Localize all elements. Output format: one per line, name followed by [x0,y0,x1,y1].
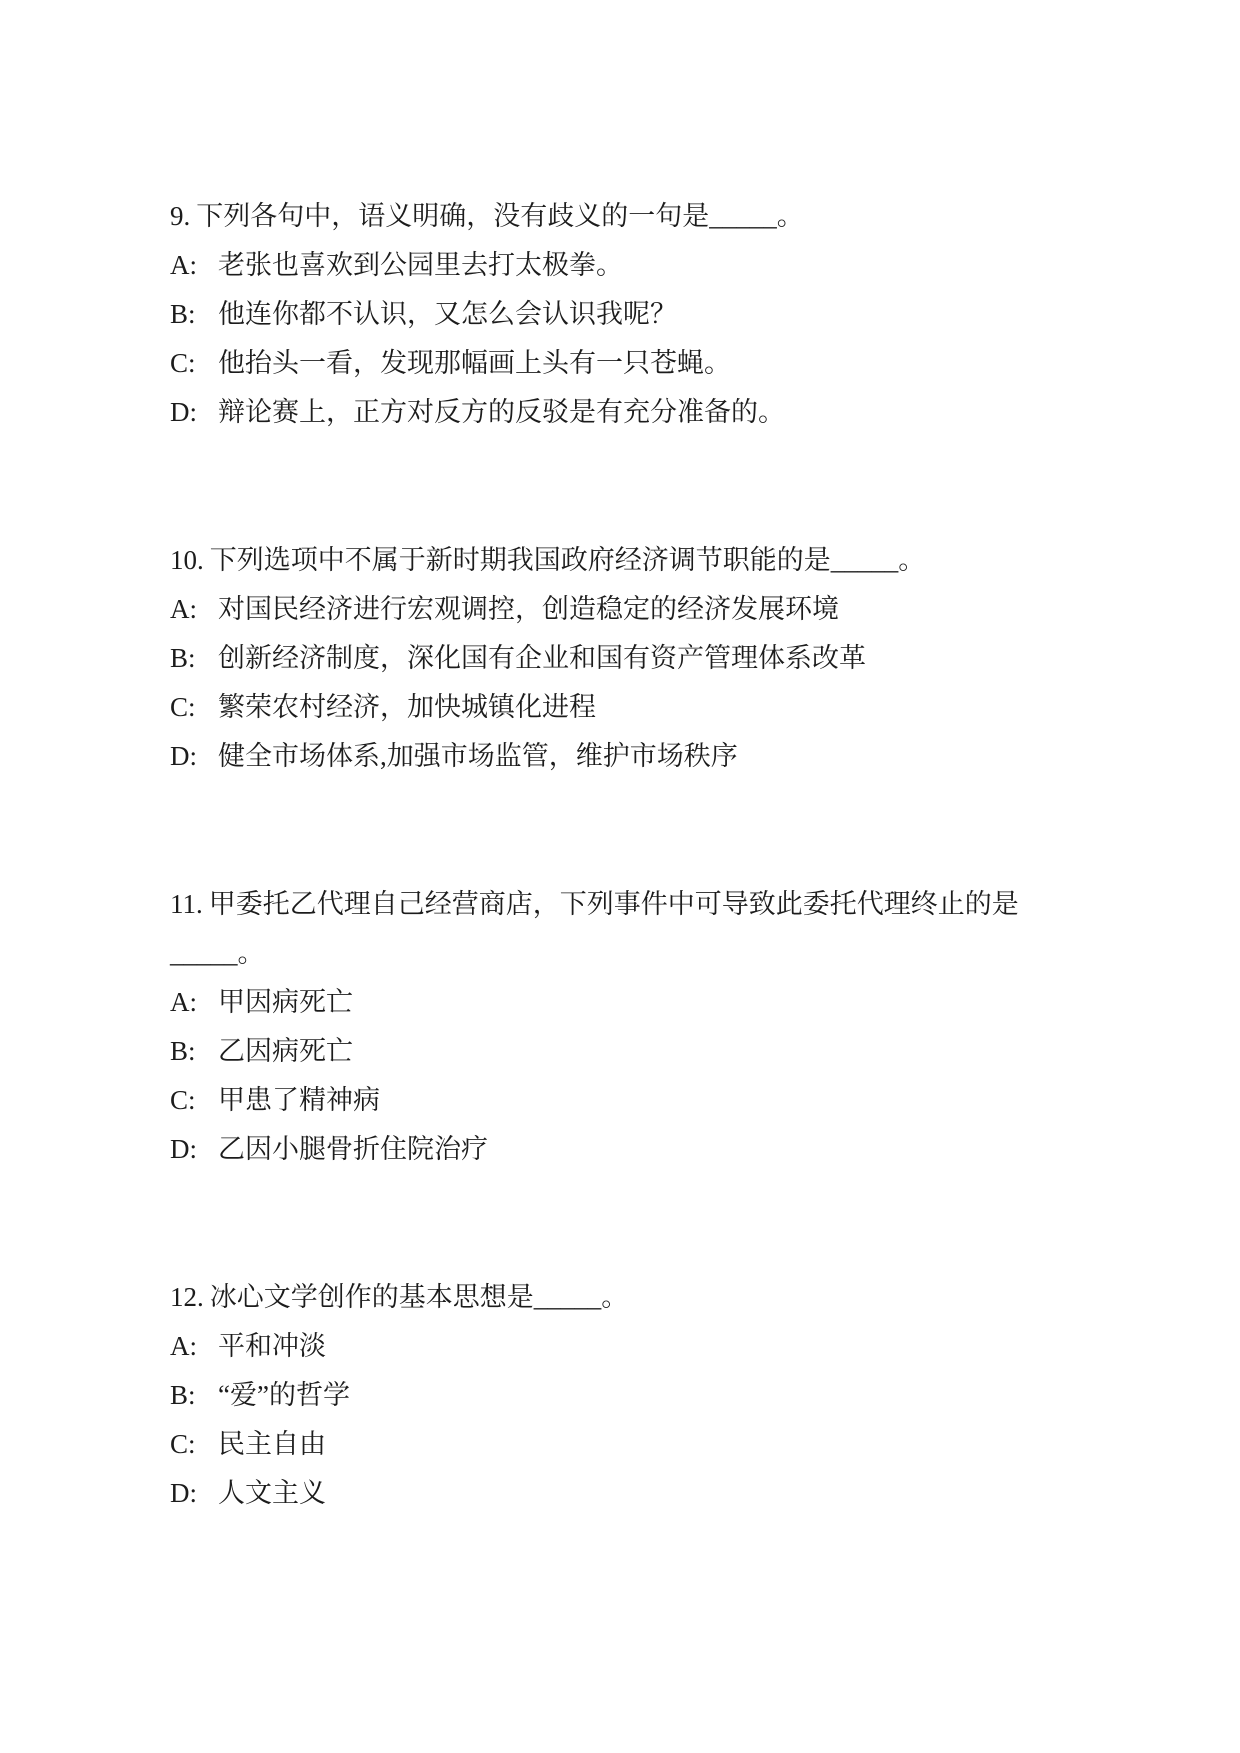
option-text: 他抬头一看，发现那幅画上头有一只苍蝇。 [218,339,1100,388]
option-label: B: [170,1371,218,1420]
option-text: 人文主义 [218,1469,1100,1518]
option-text: 老张也喜欢到公园里去打太极拳。 [218,241,1100,290]
option-text: 健全市场体系,加强市场监管，维护市场秩序 [218,732,1100,781]
option-c: C: 繁荣农村经济，加快城镇化进程 [170,683,1100,732]
option-label: D: [170,388,218,437]
option-b: B: 乙因病死亡 [170,1027,1100,1076]
question-stem: 11.甲委托乙代理自己经营商店，下列事件中可导致此委托代理终止的是 [170,880,1100,929]
option-c: C: 甲患了精神病 [170,1076,1100,1125]
option-label: D: [170,1469,218,1518]
option-text: 乙因病死亡 [218,1027,1100,1076]
option-text: 辩论赛上，正方对反方的反驳是有充分准备的。 [218,388,1100,437]
option-label: C: [170,1076,218,1125]
question-number: 12. [170,1282,204,1312]
option-a: A: 老张也喜欢到公园里去打太极拳。 [170,241,1100,290]
option-text: “爱”的哲学 [218,1371,1100,1420]
option-text: 他连你都不认识，又怎么会认识我呢？ [218,290,1100,339]
option-label: B: [170,634,218,683]
option-b: B: “爱”的哲学 [170,1371,1100,1420]
question-stem-text: 甲委托乙代理自己经营商店，下列事件中可导致此委托代理终止的是 [209,889,1019,919]
question-stem-text: 冰心文学创作的基本思想是_____。 [210,1282,629,1312]
question-stem-text: _____。 [170,938,265,968]
option-label: A: [170,978,218,1027]
option-d: D: 乙因小腿骨折住院治疗 [170,1125,1100,1174]
option-label: A: [170,585,218,634]
option-c: C: 民主自由 [170,1420,1100,1469]
option-text: 甲因病死亡 [218,978,1100,1027]
option-label: D: [170,732,218,781]
option-d: D: 辩论赛上，正方对反方的反驳是有充分准备的。 [170,388,1100,437]
option-label: C: [170,683,218,732]
question-10: 10.下列选项中不属于新时期我国政府经济调节职能的是_____。 A: 对国民经… [170,536,1100,781]
option-text: 民主自由 [218,1420,1100,1469]
option-label: A: [170,241,218,290]
option-label: D: [170,1125,218,1174]
option-text: 创新经济制度，深化国有企业和国有资产管理体系改革 [218,634,1100,683]
question-stem: 10.下列选项中不属于新时期我国政府经济调节职能的是_____。 [170,536,1100,585]
question-stem-text: 下列各句中，语义明确，没有歧义的一句是_____。 [196,201,804,231]
question-12: 12.冰心文学创作的基本思想是_____。 A: 平和冲淡 B: “爱”的哲学 … [170,1273,1100,1518]
question-number: 11. [170,889,203,919]
option-b: B: 他连你都不认识，又怎么会认识我呢？ [170,290,1100,339]
question-11: 11.甲委托乙代理自己经营商店，下列事件中可导致此委托代理终止的是 _____。… [170,880,1100,1174]
option-text: 甲患了精神病 [218,1076,1100,1125]
option-text: 对国民经济进行宏观调控，创造稳定的经济发展环境 [218,585,1100,634]
option-label: B: [170,290,218,339]
question-stem-continued: _____。 [170,929,1100,978]
document-page: 9.下列各句中，语义明确，没有歧义的一句是_____。 A: 老张也喜欢到公园里… [0,0,1240,1753]
option-text: 乙因小腿骨折住院治疗 [218,1125,1100,1174]
question-number: 10. [170,545,204,575]
option-label: C: [170,1420,218,1469]
question-stem: 9.下列各句中，语义明确，没有歧义的一句是_____。 [170,192,1100,241]
option-c: C: 他抬头一看，发现那幅画上头有一只苍蝇。 [170,339,1100,388]
question-list: 9.下列各句中，语义明确，没有歧义的一句是_____。 A: 老张也喜欢到公园里… [170,192,1100,1518]
question-stem: 12.冰心文学创作的基本思想是_____。 [170,1273,1100,1322]
question-number: 9. [170,201,190,231]
option-b: B: 创新经济制度，深化国有企业和国有资产管理体系改革 [170,634,1100,683]
question-stem-text: 下列选项中不属于新时期我国政府经济调节职能的是_____。 [210,545,926,575]
option-label: A: [170,1322,218,1371]
option-a: A: 平和冲淡 [170,1322,1100,1371]
question-9: 9.下列各句中，语义明确，没有歧义的一句是_____。 A: 老张也喜欢到公园里… [170,192,1100,437]
option-text: 平和冲淡 [218,1322,1100,1371]
option-text: 繁荣农村经济，加快城镇化进程 [218,683,1100,732]
option-label: C: [170,339,218,388]
option-a: A: 对国民经济进行宏观调控，创造稳定的经济发展环境 [170,585,1100,634]
option-label: B: [170,1027,218,1076]
option-d: D: 人文主义 [170,1469,1100,1518]
option-d: D: 健全市场体系,加强市场监管，维护市场秩序 [170,732,1100,781]
option-a: A: 甲因病死亡 [170,978,1100,1027]
